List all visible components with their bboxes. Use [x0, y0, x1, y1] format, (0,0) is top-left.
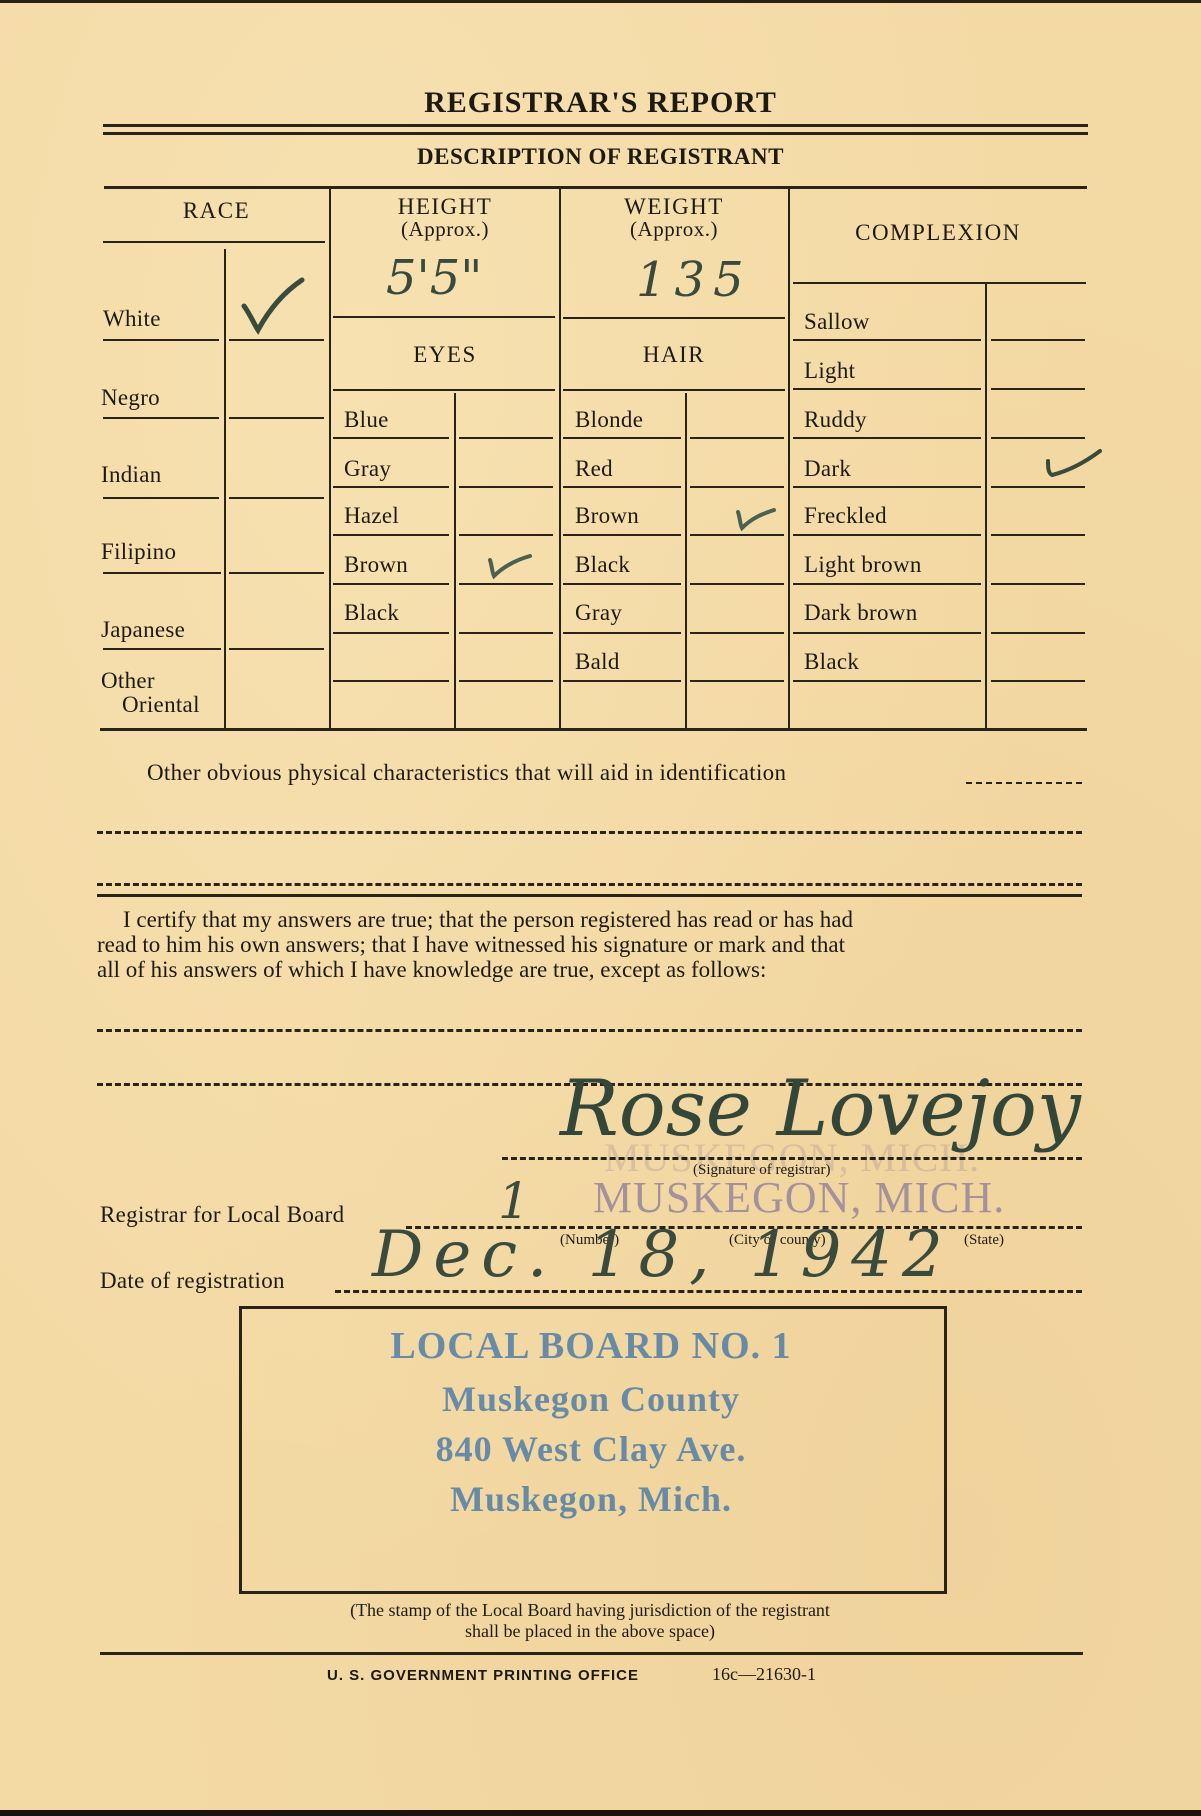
signature-caption: (Signature of registrar) — [693, 1162, 830, 1179]
other-characteristics-leader[interactable] — [966, 782, 1082, 784]
complexion-header: COMPLEXION — [790, 220, 1086, 246]
race-option-other-line2: Oriental — [122, 692, 200, 718]
row-rule — [991, 632, 1085, 634]
other-characteristics-line-2[interactable] — [97, 883, 1082, 886]
row-rule — [690, 632, 784, 634]
row-rule — [991, 486, 1085, 488]
row-rule — [333, 437, 449, 439]
row-rule — [991, 437, 1085, 439]
row-rule — [229, 339, 324, 341]
eyes-option-hazel: Hazel — [344, 503, 399, 529]
checkmark-icon-race-white — [240, 276, 306, 336]
race-option-filipino: Filipino — [101, 539, 176, 565]
exceptions-line-1[interactable] — [97, 1029, 1082, 1032]
row-rule — [563, 680, 681, 682]
row-rule — [229, 497, 324, 499]
weight-value: 135 — [636, 252, 752, 308]
race-option-white: White — [103, 306, 161, 332]
row-rule — [103, 572, 221, 574]
row-rule — [793, 339, 981, 341]
stamp-line-3: 840 West Clay Ave. — [241, 1428, 941, 1470]
row-rule — [563, 583, 681, 585]
row-rule — [793, 388, 981, 390]
registrar-signature: Rose Lovejoy — [560, 1064, 1081, 1154]
height-header-title: HEIGHT — [331, 196, 559, 218]
table-top-rule — [104, 186, 1087, 189]
row-rule — [563, 486, 681, 488]
complexion-option-sallow: Sallow — [804, 309, 870, 335]
local-board-label: Registrar for Local Board — [100, 1202, 344, 1228]
row-rule — [563, 632, 681, 634]
height-rule — [333, 316, 555, 318]
row-rule — [991, 534, 1085, 536]
row-rule — [563, 534, 681, 536]
weight-header-title: WEIGHT — [561, 196, 787, 218]
stamp-line-2: Muskegon County — [241, 1378, 941, 1420]
checkmark-icon-hair-brown — [734, 506, 778, 532]
row-rule — [103, 648, 221, 650]
row-rule — [563, 437, 681, 439]
row-rule — [690, 486, 784, 488]
weight-header-sub: (Approx.) — [561, 218, 787, 240]
divider-eyes-check — [454, 393, 456, 728]
hair-header-rule — [563, 389, 785, 391]
race-option-negro: Negro — [101, 385, 160, 411]
stamp-line-1: LOCAL BOARD NO. 1 — [241, 1324, 941, 1368]
height-header-sub: (Approx.) — [331, 218, 559, 240]
form-subtitle: DESCRIPTION OF REGISTRANT — [0, 144, 1201, 170]
card-top-edge — [0, 0, 1201, 3]
certification-text: I certify that my answers are true; that… — [97, 907, 1087, 982]
row-rule — [690, 437, 784, 439]
row-rule — [459, 486, 553, 488]
race-option-japanese: Japanese — [101, 617, 185, 643]
row-rule — [333, 583, 449, 585]
row-rule — [229, 417, 324, 419]
footer-rule — [100, 1652, 1083, 1655]
stamp-caption-line-1: (The stamp of the Local Board having jur… — [200, 1600, 980, 1621]
row-rule — [459, 534, 553, 536]
row-rule — [333, 680, 449, 682]
divider-weight-complexion — [788, 188, 790, 728]
eyes-option-blue: Blue — [344, 407, 389, 433]
row-rule — [459, 583, 553, 585]
hair-option-bald: Bald — [575, 649, 620, 675]
divider-race-height — [329, 188, 331, 728]
footer-printer: U. S. GOVERNMENT PRINTING OFFICE — [327, 1667, 639, 1684]
local-board-caption-state: (State) — [964, 1232, 1004, 1249]
row-rule — [793, 632, 981, 634]
table-bottom-rule — [100, 728, 1087, 731]
complexion-header-rule — [793, 282, 1086, 284]
date-value: Dec. 18, 1942 — [372, 1218, 953, 1292]
stamp-caption: (The stamp of the Local Board having jur… — [200, 1600, 980, 1642]
hair-header: HAIR — [561, 342, 787, 368]
city-stamp: MUSKEGON, MICH. — [593, 1172, 1005, 1223]
race-option-other-line1: Other — [101, 668, 155, 694]
checkmark-icon-complexion-dark — [1044, 447, 1104, 481]
certification-line-3: all of his answers of which I have knowl… — [97, 957, 1087, 982]
row-rule — [991, 583, 1085, 585]
row-rule — [793, 680, 981, 682]
certification-line-1: I certify that my answers are true; that… — [97, 907, 1087, 932]
certification-line-2: read to him his own answers; that I have… — [97, 932, 1087, 957]
date-label: Date of registration — [100, 1268, 285, 1294]
divider-height-weight — [559, 188, 561, 728]
row-rule — [103, 497, 219, 499]
divider-complexion-check — [985, 283, 987, 728]
other-characteristics-line-1[interactable] — [97, 831, 1082, 834]
complexion-option-ruddy: Ruddy — [804, 407, 867, 433]
eyes-option-black: Black — [344, 600, 399, 626]
footer-form-code: 16c—21630-1 — [712, 1664, 816, 1685]
row-rule — [991, 680, 1085, 682]
stamp-line-4: Muskegon, Mich. — [241, 1478, 941, 1520]
race-option-indian: Indian — [101, 462, 162, 488]
row-rule — [991, 388, 1085, 390]
row-rule — [690, 583, 784, 585]
hair-option-brown: Brown — [575, 503, 639, 529]
row-rule — [333, 486, 449, 488]
race-header: RACE — [104, 198, 329, 224]
complexion-option-black: Black — [804, 649, 859, 675]
height-header: HEIGHT (Approx.) — [331, 196, 559, 240]
title-rule-upper — [103, 124, 1088, 127]
row-rule — [690, 680, 784, 682]
card-bottom-edge — [0, 1810, 1201, 1816]
hair-option-gray: Gray — [575, 600, 622, 626]
complexion-option-light-brown: Light brown — [804, 552, 922, 578]
divider-hair-check — [685, 393, 687, 728]
row-rule — [690, 534, 784, 536]
row-rule — [333, 632, 449, 634]
row-rule — [459, 437, 553, 439]
title-rule-lower — [103, 132, 1088, 135]
row-rule — [103, 417, 219, 419]
hair-option-blonde: Blonde — [575, 407, 643, 433]
row-rule — [793, 437, 981, 439]
eyes-header-rule — [333, 389, 555, 391]
row-rule — [793, 534, 981, 536]
form-title: REGISTRAR'S REPORT — [0, 86, 1201, 120]
hair-option-black: Black — [575, 552, 630, 578]
complexion-option-light: Light — [804, 358, 855, 384]
row-rule — [459, 632, 553, 634]
row-rule — [229, 648, 324, 650]
other-characteristics-label: Other obvious physical characteristics t… — [147, 760, 786, 786]
row-rule — [991, 339, 1085, 341]
row-rule — [793, 583, 981, 585]
weight-header: WEIGHT (Approx.) — [561, 196, 787, 240]
section-rule — [97, 894, 1082, 897]
height-value: 5'5" — [386, 250, 482, 306]
checkmark-icon-eyes-brown — [486, 552, 534, 580]
hair-option-red: Red — [575, 456, 613, 482]
signature-line[interactable] — [502, 1157, 1082, 1160]
race-header-rule — [103, 241, 325, 243]
complexion-option-freckled: Freckled — [804, 503, 887, 529]
stamp-caption-line-2: shall be placed in the above space) — [200, 1621, 980, 1642]
divider-race-check — [224, 249, 226, 728]
row-rule — [229, 572, 324, 574]
eyes-option-gray: Gray — [344, 456, 391, 482]
row-rule — [793, 486, 981, 488]
eyes-option-brown: Brown — [344, 552, 408, 578]
row-rule — [333, 534, 449, 536]
row-rule — [459, 680, 553, 682]
complexion-option-dark: Dark — [804, 456, 851, 482]
complexion-option-dark-brown: Dark brown — [804, 600, 918, 626]
weight-rule — [563, 317, 785, 319]
eyes-header: EYES — [331, 342, 559, 368]
row-rule — [103, 339, 219, 341]
